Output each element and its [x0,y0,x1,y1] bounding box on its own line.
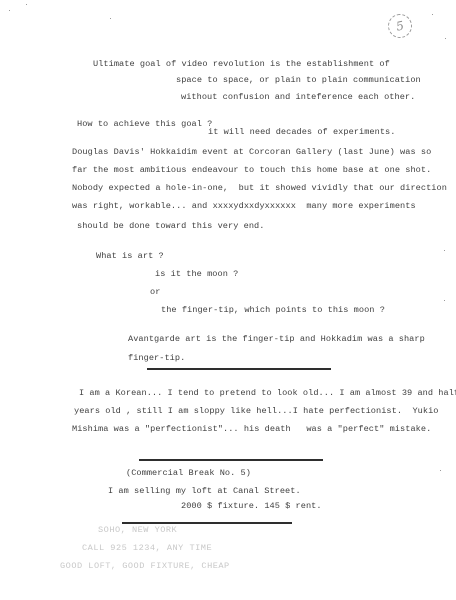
scan-speck [440,470,441,471]
paragraph1-line-4: was right, workable... and xxxxydxxdyxxx… [72,201,416,211]
paragraph2-line-2: years old , still I am sloppy like hell.… [74,406,439,416]
scan-speck [444,300,445,301]
scan-speck [26,4,27,5]
scan-speck [432,14,433,15]
art-question-1: What is art ? [96,251,164,261]
commercial-line-1: I am selling my loft at Canal Street. [108,486,301,496]
question-line: How to achieve this goal ? [77,119,212,129]
faded-text-line-3: GOOD LOFT, GOOD FIXTURE, CHEAP [60,561,230,571]
scan-speck [110,18,111,19]
faded-text-line-2: CALL 925 1234, ANY TIME [82,543,212,553]
art-question-2: is it the moon ? [155,269,238,279]
scan-speck [444,250,445,251]
divider-rule-2 [139,459,323,461]
paragraph1-line-2: far the most ambitious endeavour to touc… [72,165,431,175]
paragraph1-line-5: should be done toward this very end. [77,221,264,231]
opening-line-2: space to space, or plain to plain commun… [176,75,421,85]
divider-rule-3 [122,522,292,524]
scan-speck [445,38,446,39]
paragraph2-line-3: Mishima was a "perfectionist"... his dea… [72,424,431,434]
scan-speck [9,10,10,11]
art-question-or: or [150,287,160,297]
opening-line-3: without confusion and inteference each o… [181,92,415,102]
art-question-3: the finger-tip, which points to this moo… [161,305,385,315]
paragraph1-line-3: Nobody expected a hole-in-one, but it sh… [72,183,447,193]
avantgarde-line-1: Avantgarde art is the finger-tip and Hok… [128,334,425,344]
paragraph2-line-1: I am a Korean... I tend to pretend to lo… [79,388,456,398]
faded-text-line-1: SOHO, NEW YORK [98,525,177,535]
answer-line: it will need decades of experiments. [208,127,395,137]
opening-line-1: Ultimate goal of video revolution is the… [93,59,390,69]
avantgarde-line-2: finger-tip. [128,353,185,363]
page-number-circle: 5 [386,12,414,40]
commercial-line-2: 2000 $ fixture. 145 $ rent. [181,501,322,511]
divider-rule-1 [147,368,331,370]
commercial-title: (Commercial Break No. 5) [126,468,251,478]
paragraph1-line-1: Douglas Davis' Hokkaidim event at Corcor… [72,147,431,157]
